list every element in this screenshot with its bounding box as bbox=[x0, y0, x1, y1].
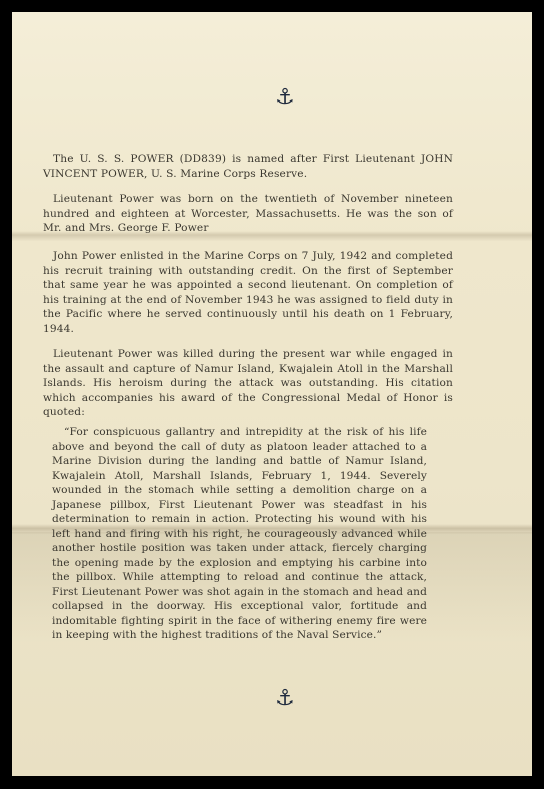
paragraph-text: The U. S. S. POWER (DD839) is named afte… bbox=[43, 152, 453, 181]
paragraph-text: Lieutenant Power was born on the twentie… bbox=[43, 192, 453, 236]
anchor-icon: ⚓ bbox=[275, 85, 295, 111]
paragraph-text: Lieutenant Power was killed during the p… bbox=[43, 347, 453, 420]
paragraph-birth: Lieutenant Power was born on the twentie… bbox=[43, 192, 453, 236]
paragraph-enlistment: John Power enlisted in the Marine Corps … bbox=[43, 249, 453, 337]
paragraph-text: John Power enlisted in the Marine Corps … bbox=[43, 249, 453, 337]
medal-citation: “For conspicuous gallantry and intrepidi… bbox=[52, 425, 427, 643]
paragraph-ship-name: The U. S. S. POWER (DD839) is named afte… bbox=[43, 152, 453, 181]
citation-text: “For conspicuous gallantry and intrepidi… bbox=[52, 425, 427, 643]
paragraph-death: Lieutenant Power was killed during the p… bbox=[43, 347, 453, 420]
anchor-icon: ⚓ bbox=[275, 686, 295, 712]
document-page: ⚓ The U. S. S. POWER (DD839) is named af… bbox=[12, 12, 532, 776]
